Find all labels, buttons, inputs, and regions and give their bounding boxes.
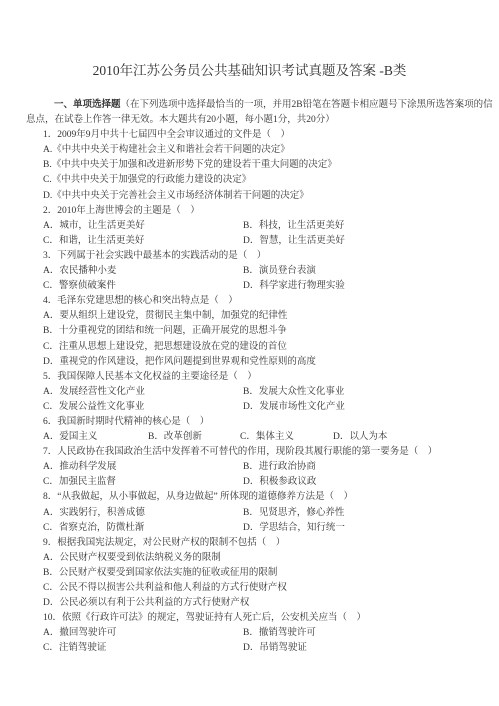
question-stem: 9．根据我国宪法规定，对公民财产权的限制不包括（ ） bbox=[26, 536, 492, 551]
question-stem: 3．下列属于社会实践中最基本的实践活动的是（ ） bbox=[26, 249, 492, 264]
question-option: A．实践躬行，积善成德 bbox=[43, 506, 243, 521]
question-option: A.《中共中央关于构建社会主义和谐社会若干问题的决定》 bbox=[26, 143, 492, 158]
question-stem: 6．我国新时期时代精神的核心是（ ） bbox=[26, 415, 492, 430]
exam-content: 一、单项选择题（在下列选项中选择最恰当的一项，并用2B铅笔在答题卡相应题号下涂黑… bbox=[26, 98, 492, 656]
question-option: D.《中共中央关于完善社会主义市场经济体制若干问题的决定》 bbox=[26, 189, 492, 204]
question-option: A．城市，让生活更美好 bbox=[43, 219, 243, 234]
question-option: B．发展大众性文化事业 bbox=[243, 385, 344, 400]
section-intro-part1: （在下列选项中选择最恰当的一项，并用2B铅笔在答题卡相应题号下涂黑所选答案项的信 bbox=[121, 100, 493, 110]
question-option: C．加强民主监督 bbox=[43, 475, 243, 490]
question-option-row: C．警察侦破案件D．科学家进行物理实验 bbox=[26, 279, 492, 294]
question-stem: 10．依照《行政许可法》的规定，驾驶证持有人死亡后，公安机关应当（ ） bbox=[26, 611, 492, 626]
question-option: A．推动科学发展 bbox=[43, 460, 243, 475]
question-option: A．爱国主义 bbox=[43, 430, 148, 445]
question-option: B．演员登台表演 bbox=[243, 264, 316, 279]
question-option-row: C．注销驾驶证D．吊销驾驶证 bbox=[26, 641, 492, 656]
question-option-row: A．农民播种小麦B．演员登台表演 bbox=[26, 264, 492, 279]
question-list: 1．2009年9月中共十七届四中全会审议通过的文件是（ ）A.《中共中央关于构建… bbox=[26, 128, 492, 656]
section-intro-line1: 一、单项选择题（在下列选项中选择最恰当的一项，并用2B铅笔在答题卡相应题号下涂黑… bbox=[26, 98, 492, 113]
question-option: B．撤销驾驶许可 bbox=[243, 626, 316, 641]
question-option: D．公民必须以有利于公共利益的方式行使财产权 bbox=[26, 596, 492, 611]
question-option-row: C．加强民主监督D．积极参政议政 bbox=[26, 475, 492, 490]
question-option: C．发展公益性文化事业 bbox=[43, 400, 243, 415]
question-option-row: A．爱国主义B．改革创新C．集体主义D．以人为本 bbox=[26, 430, 492, 445]
question-option: C．和谐，让生活更美好 bbox=[43, 234, 243, 249]
question-option: D．以人为本 bbox=[333, 430, 387, 445]
question-option: C．省察克治，防微杜渐 bbox=[43, 521, 243, 536]
question-option-row: A．撤回驾驶许可B．撤销驾驶许可 bbox=[26, 626, 492, 641]
question-option-row: C．发展公益性文化事业D．发展市场性文化产业 bbox=[26, 400, 492, 415]
question-option: D．吊销驾驶证 bbox=[243, 641, 307, 656]
question-stem: 8．“从我做起，从小事做起，从身边做起” 所体现的道德修养方法是（ ） bbox=[26, 490, 492, 505]
question-stem: 4．毛泽东党建思想的核心和突出特点是（ ） bbox=[26, 294, 492, 309]
question-option-row: A．发展经营性文化产业B．发展大众性文化事业 bbox=[26, 385, 492, 400]
question-option: D．发展市场性文化产业 bbox=[243, 400, 345, 415]
question-option: C．警察侦破案件 bbox=[43, 279, 243, 294]
question-stem: 2．2010年上海世博会的主题是（ ） bbox=[26, 204, 492, 219]
question-option: D．重视党的作风建设，把作风问题提到世界观和党性原则的高度 bbox=[26, 355, 492, 370]
question-option: C.《中共中央关于加强党的行政能力建设的决定》 bbox=[26, 173, 492, 188]
question-option: B.《中共中央关于加强和改进新形势下党的建设若干重大问题的决定》 bbox=[26, 158, 492, 173]
question-option: C．公民不得以损害公共利益和他人利益的方式行使财产权 bbox=[26, 581, 492, 596]
question-option: B．见贤思齐，修心养性 bbox=[243, 506, 344, 521]
question-option: B．十分重视党的团结和统一问题，正确开展党的思想斗争 bbox=[26, 324, 492, 339]
question-option: A．公民财产权要受到依法纳税义务的限制 bbox=[26, 551, 492, 566]
document-title: 2010年江苏公务员公共基础知识考试真题及答案 -B类 bbox=[0, 62, 499, 79]
question-option: C．注重从思想上建设党，把思想建设放在党的建设的首位 bbox=[26, 340, 492, 355]
question-option-row: C．省察克治，防微杜渐D．学思结合，知行统一 bbox=[26, 521, 492, 536]
question-stem: 5．我国保障人民基本文化权益的主要途径是（ ） bbox=[26, 370, 492, 385]
question-option: D．科学家进行物理实验 bbox=[243, 279, 345, 294]
question-option: D．积极参政议政 bbox=[243, 475, 316, 490]
question-option: A．要从组织上建设党，贯彻民主集中制，加强党的纪律性 bbox=[26, 309, 492, 324]
question-option-row: A．推动科学发展B．进行政治协商 bbox=[26, 460, 492, 475]
question-option: B．科技，让生活更美好 bbox=[243, 219, 344, 234]
question-option: B．改革创新 bbox=[148, 430, 240, 445]
question-option: C．注销驾驶证 bbox=[43, 641, 243, 656]
question-option: D．智慧，让生活更美好 bbox=[243, 234, 345, 249]
question-option-row: A．城市，让生活更美好B．科技，让生活更美好 bbox=[26, 219, 492, 234]
question-option: D．学思结合，知行统一 bbox=[243, 521, 345, 536]
question-option-row: C．和谐，让生活更美好D．智慧，让生活更美好 bbox=[26, 234, 492, 249]
question-option: A．撤回驾驶许可 bbox=[43, 626, 243, 641]
question-stem: 7．人民政协在我国政治生活中发挥着不可替代的作用，现阶段其履行职能的第一要务是（… bbox=[26, 445, 492, 460]
question-option: B．公民财产权要受到国家依法实施的征收或征用的限制 bbox=[26, 566, 492, 581]
question-stem: 1．2009年9月中共十七届四中全会审议通过的文件是（ ） bbox=[26, 128, 492, 143]
document-page: 2010年江苏公务员公共基础知识考试真题及答案 -B类 一、单项选择题（在下列选… bbox=[0, 0, 499, 706]
section-intro-line2: 息点，在试卷上作答一律无效。本大题共有20小题，每小题1分，共20分） bbox=[26, 113, 492, 128]
question-option-row: A．实践躬行，积善成德B．见贤思齐，修心养性 bbox=[26, 506, 492, 521]
section-heading: 一、单项选择题 bbox=[54, 100, 121, 110]
question-option: A．农民播种小麦 bbox=[43, 264, 243, 279]
question-option: B．进行政治协商 bbox=[243, 460, 316, 475]
question-option: A．发展经营性文化产业 bbox=[43, 385, 243, 400]
question-option: C．集体主义 bbox=[240, 430, 333, 445]
